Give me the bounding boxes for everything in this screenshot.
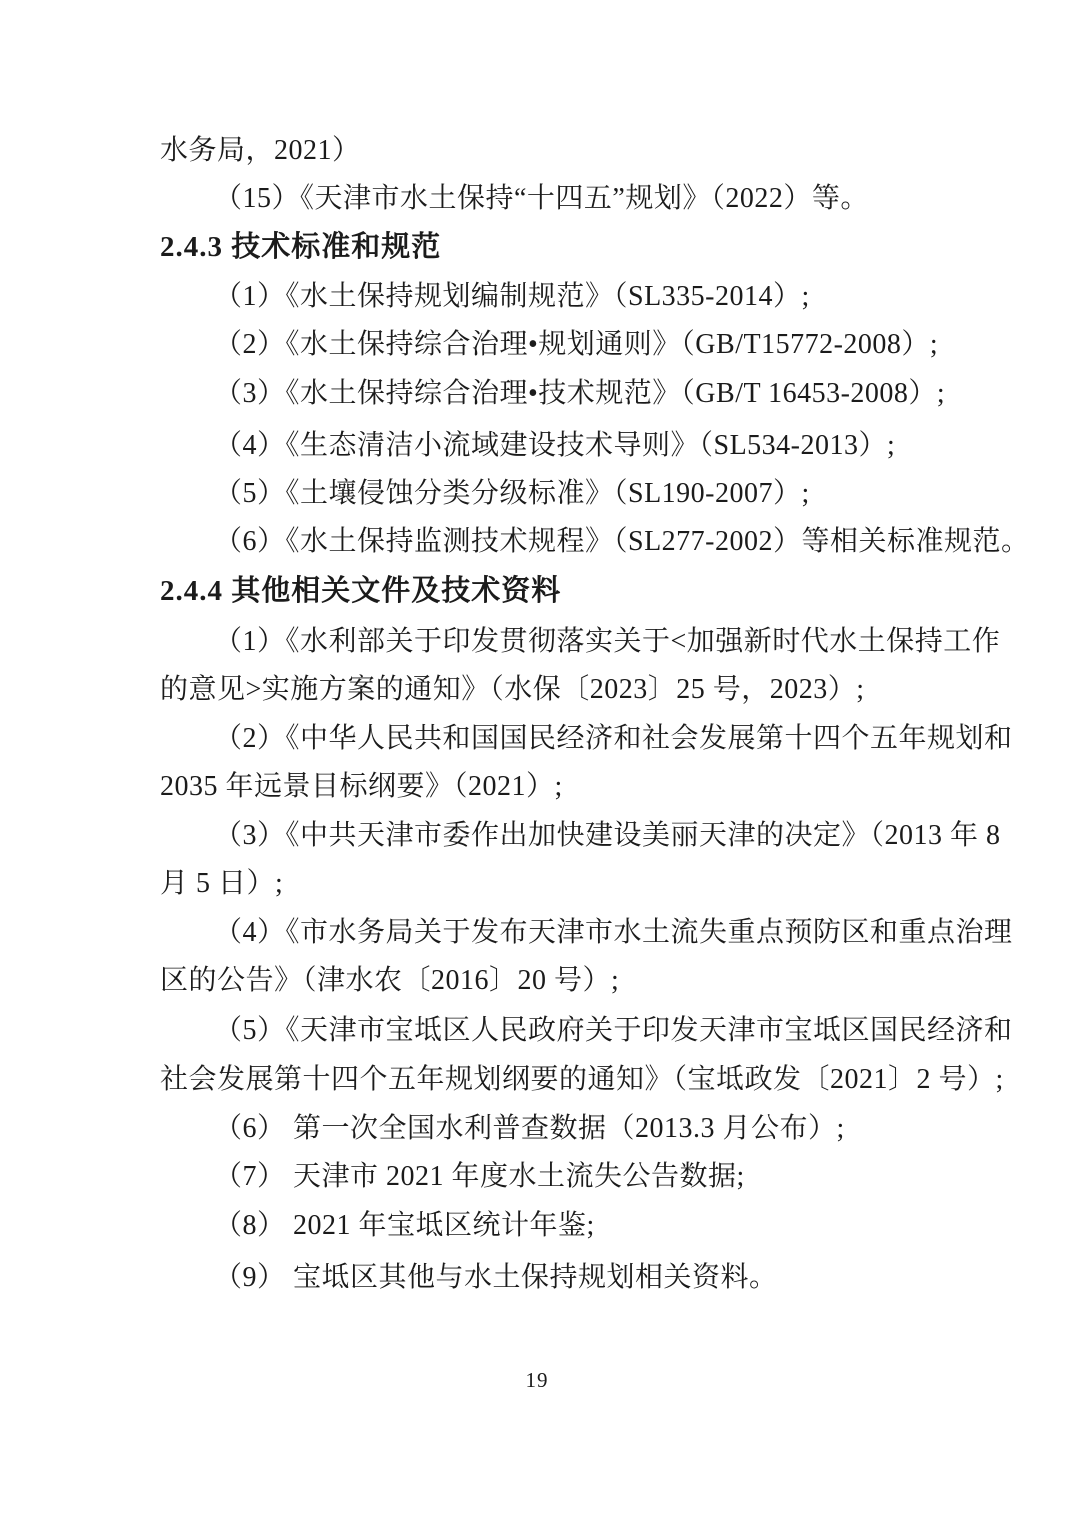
text-line: （3）《中共天津市委作出加快建设美丽天津的决定》（2013 年 8 [214, 818, 1004, 854]
text-line: （4）《市水务局关于发布天津市水土流失重点预防区和重点治理 [214, 915, 1004, 951]
document-page: 水务局，2021） （15）《天津市水土保持“十四五”规划》（2022）等。 2… [0, 0, 1074, 1520]
text-line: 区的公告》（津水农〔2016〕20 号）; [160, 963, 950, 999]
text-line: （2）《水土保持综合治理•规划通则》（GB/T15772-2008）; [214, 327, 1004, 363]
text-line: （4）《生态清洁小流域建设技术导则》（SL534-2013）; [214, 428, 1004, 464]
page-number: 19 [0, 1368, 1074, 1393]
text-line: 水务局，2021） [160, 133, 950, 169]
text-line: （6） 第一次全国水利普查数据（2013.3 月公布）; [214, 1111, 1004, 1147]
section-heading: 2.4.4 其他相关文件及技术资料 [160, 573, 950, 609]
text-line: （3）《水土保持综合治理•技术规范》（GB/T 16453-2008）; [214, 376, 1004, 412]
text-line: （5）《土壤侵蚀分类分级标准》（SL190-2007）; [214, 476, 1004, 512]
section-heading: 2.4.3 技术标准和规范 [160, 229, 950, 265]
text-line: （1）《水利部关于印发贯彻落实关于<加强新时代水土保持工作 [214, 624, 1004, 660]
text-line: （8） 2021 年宝坻区统计年鉴; [214, 1208, 1004, 1244]
text-line: （9） 宝坻区其他与水土保持规划相关资料。 [214, 1260, 1004, 1296]
text-line: 社会发展第十四个五年规划纲要的通知》（宝坻政发〔2021〕2 号）; [160, 1062, 950, 1098]
text-line: （6）《水土保持监测技术规程》（SL277-2002）等相关标准规范。 [214, 524, 1004, 560]
text-line: （15）《天津市水土保持“十四五”规划》（2022）等。 [214, 181, 1004, 217]
text-line: （1）《水土保持规划编制规范》（SL335-2014）; [214, 279, 1004, 315]
text-line: 2035 年远景目标纲要》（2021）; [160, 769, 950, 805]
text-line: （7） 天津市 2021 年度水土流失公告数据; [214, 1159, 1004, 1195]
text-line: （5）《天津市宝坻区人民政府关于印发天津市宝坻区国民经济和 [214, 1013, 1004, 1049]
text-line: 的意见>实施方案的通知》（水保〔2023〕25 号，2023）; [160, 672, 950, 708]
text-line: 月 5 日）; [160, 866, 950, 902]
text-line: （2）《中华人民共和国国民经济和社会发展第十四个五年规划和 [214, 721, 1004, 757]
